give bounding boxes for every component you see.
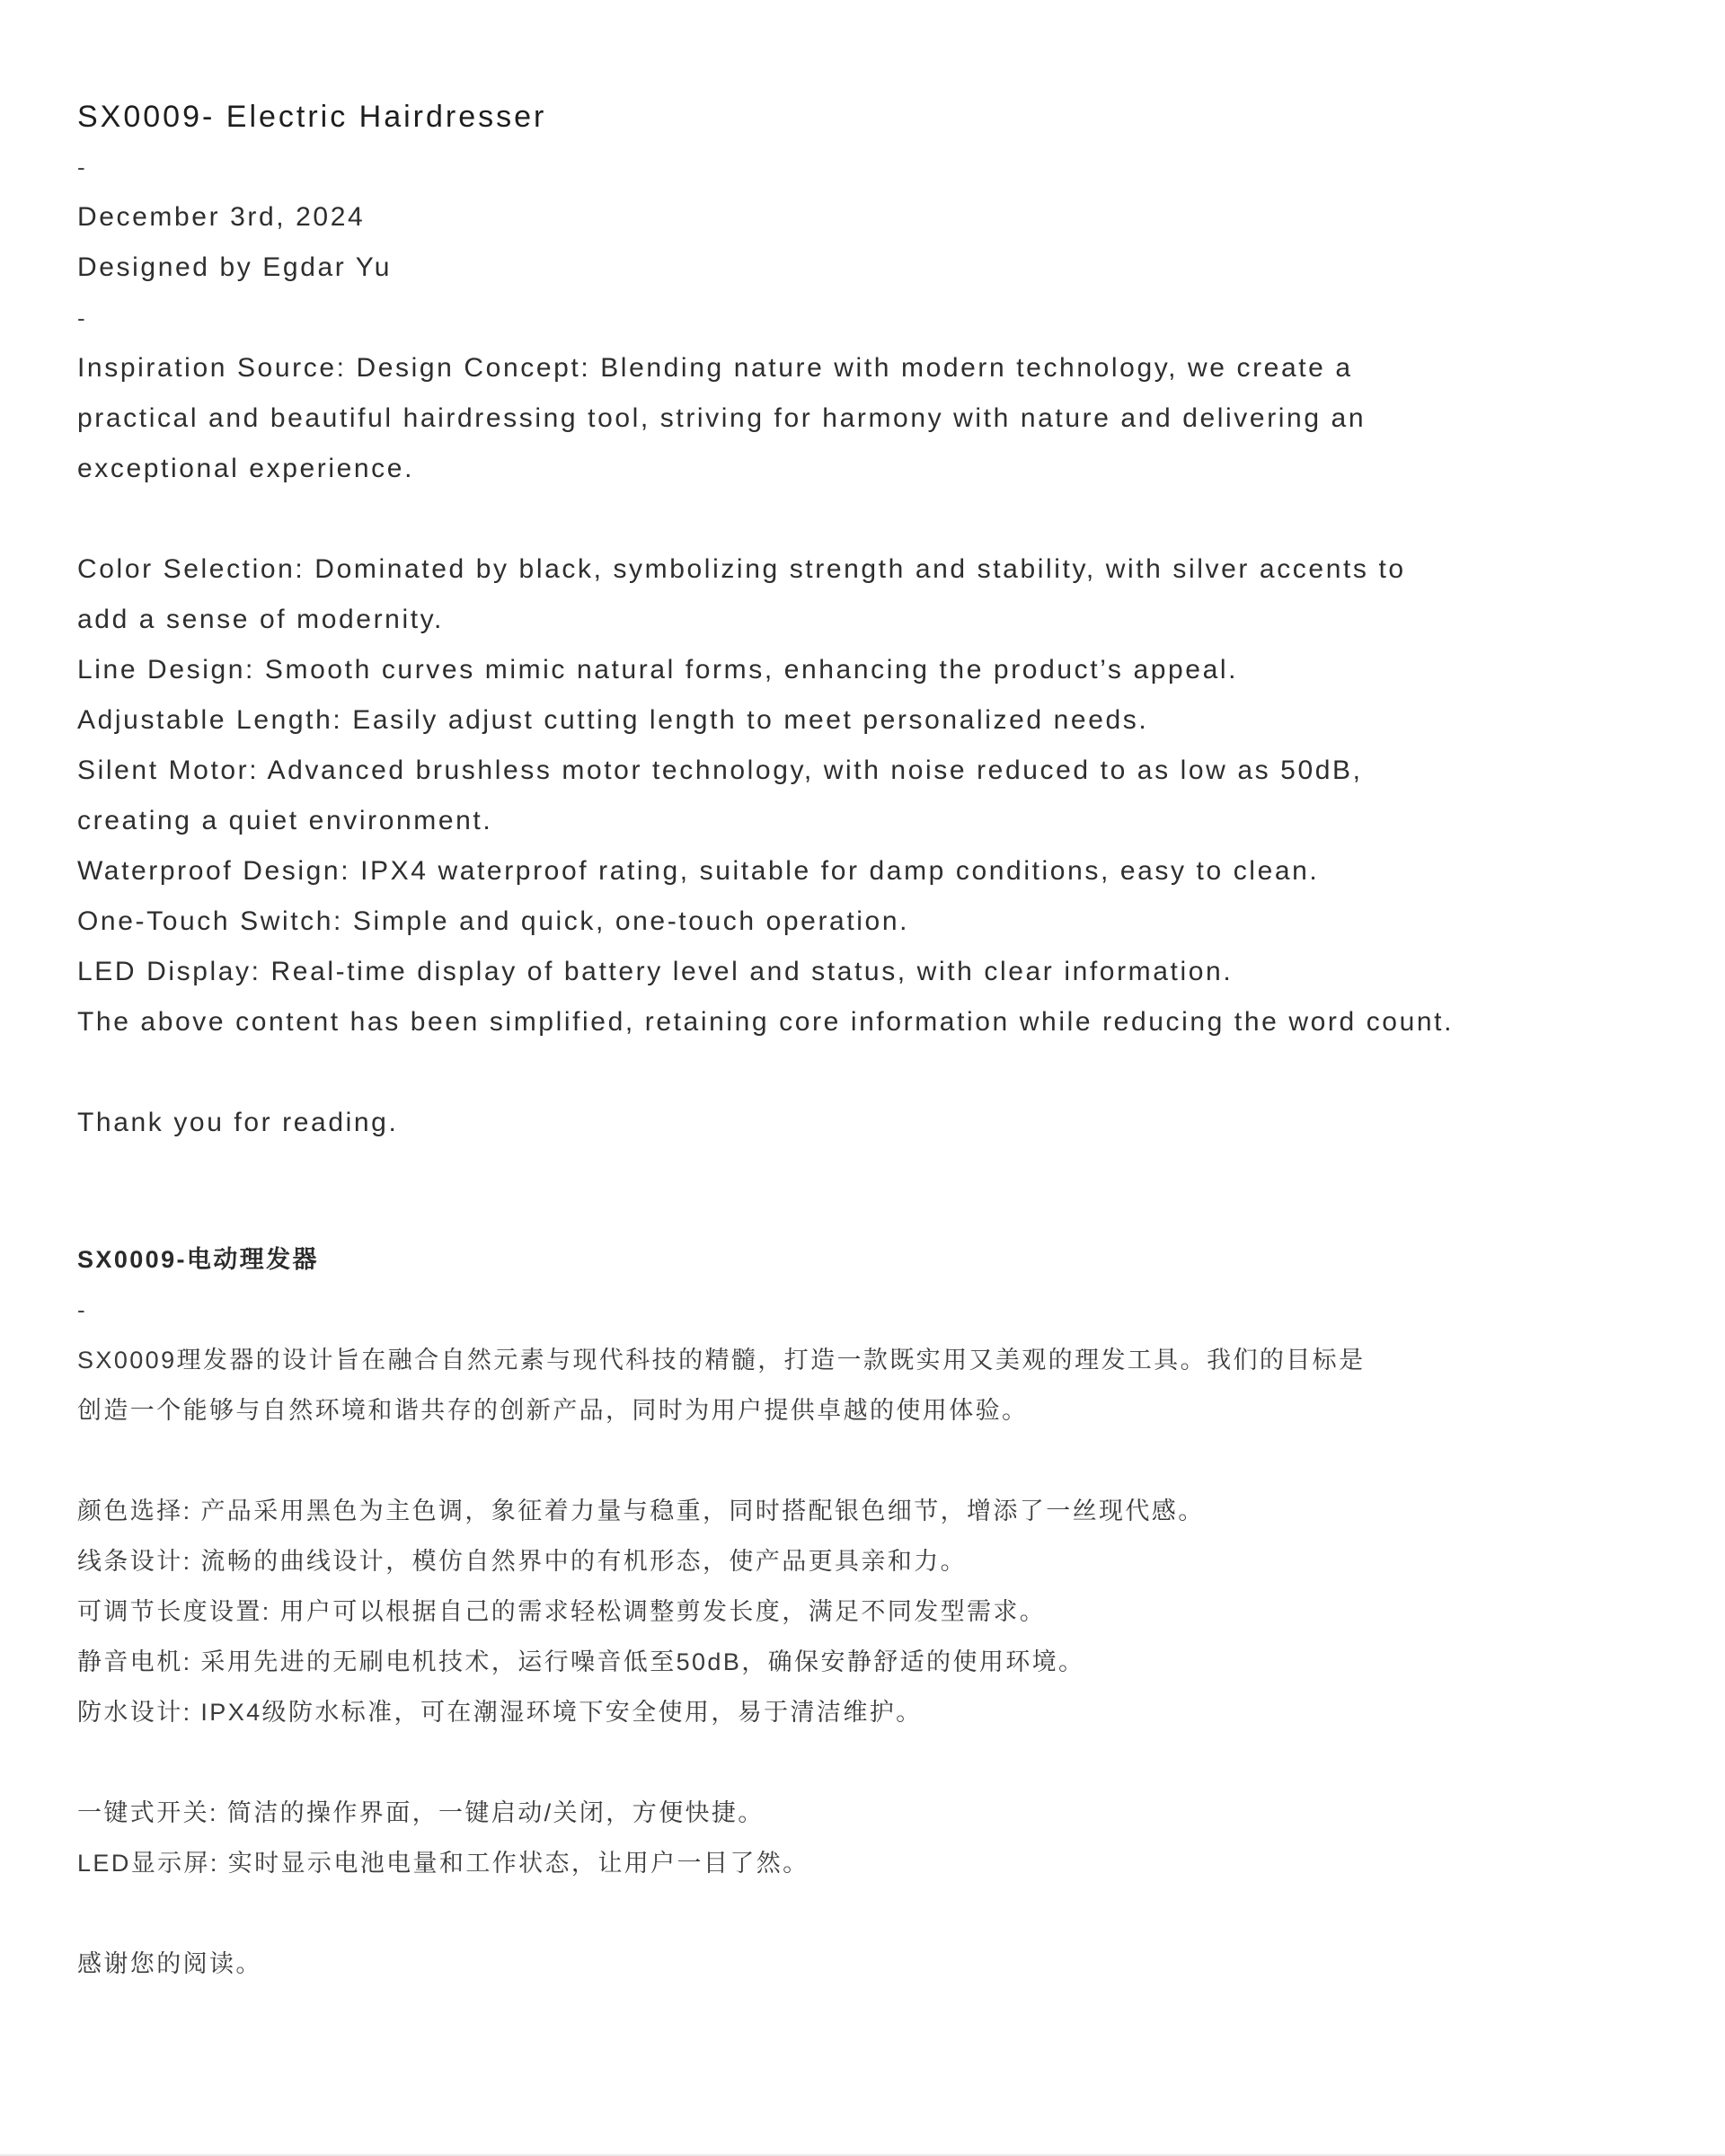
feature-line: 一键式开关: 简洁的操作界面，一键启动/关闭，方便快捷。 (77, 1795, 765, 1831)
intro-line: 创造一个能够与自然环境和谐共存的创新产品，同时为用户提供卓越的使用体验。 (77, 1392, 1028, 1428)
separator: - (77, 300, 87, 336)
closing-text: 感谢您的阅读。 (77, 1946, 262, 1982)
english-title: SX0009- Electric Hairdresser (77, 99, 546, 135)
feature-line: Color Selection: Dominated by black, sym… (77, 552, 1406, 588)
feature-line: Adjustable Length: Easily adjust cutting… (77, 702, 1148, 738)
inspiration-line: Inspiration Source: Design Concept: Blen… (77, 350, 1353, 386)
inspiration-line: exceptional experience. (77, 451, 414, 487)
feature-line: Silent Motor: Advanced brushless motor t… (77, 753, 1363, 789)
separator: - (77, 149, 87, 185)
feature-line: Waterproof Design: IPX4 waterproof ratin… (77, 853, 1319, 889)
feature-line: 防水设计: IPX4级防水标准，可在潮湿环境下安全使用，易于清洁维护。 (77, 1694, 923, 1730)
date: December 3rd, 2024 (77, 199, 365, 235)
separator: - (77, 1292, 87, 1328)
inspiration-line: practical and beautiful hairdressing too… (77, 401, 1366, 437)
feature-line: Line Design: Smooth curves mimic natural… (77, 652, 1238, 688)
feature-line: One-Touch Switch: Simple and quick, one-… (77, 904, 909, 940)
feature-line: LED Display: Real-time display of batter… (77, 954, 1233, 990)
feature-line: 可调节长度设置: 用户可以根据自己的需求轻松调整剪发长度，满足不同发型需求。 (77, 1594, 1046, 1630)
designer-credit: Designed by Egdar Yu (77, 250, 392, 286)
chinese-title: SX0009-电动理发器 (77, 1241, 319, 1277)
closing-text: Thank you for reading. (77, 1105, 398, 1141)
intro-line: SX0009理发器的设计旨在融合自然元素与现代科技的精髓，打造一款既实用又美观的… (77, 1342, 1365, 1378)
feature-line: 颜色选择: 产品采用黑色为主色调，象征着力量与稳重，同时搭配银色细节，增添了一丝… (77, 1493, 1205, 1529)
feature-line: creating a quiet environment. (77, 803, 492, 839)
feature-line: 线条设计: 流畅的曲线设计，模仿自然界中的有机形态，使产品更具亲和力。 (77, 1543, 967, 1579)
feature-line: add a sense of modernity. (77, 602, 444, 638)
feature-line: The above content has been simplified, r… (77, 1004, 1454, 1040)
feature-line: LED显示屏: 实时显示电池电量和工作状态，让用户一目了然。 (77, 1845, 809, 1881)
feature-line: 静音电机: 采用先进的无刷电机技术，运行噪音低至50dB，确保安静舒适的使用环境… (77, 1644, 1084, 1680)
